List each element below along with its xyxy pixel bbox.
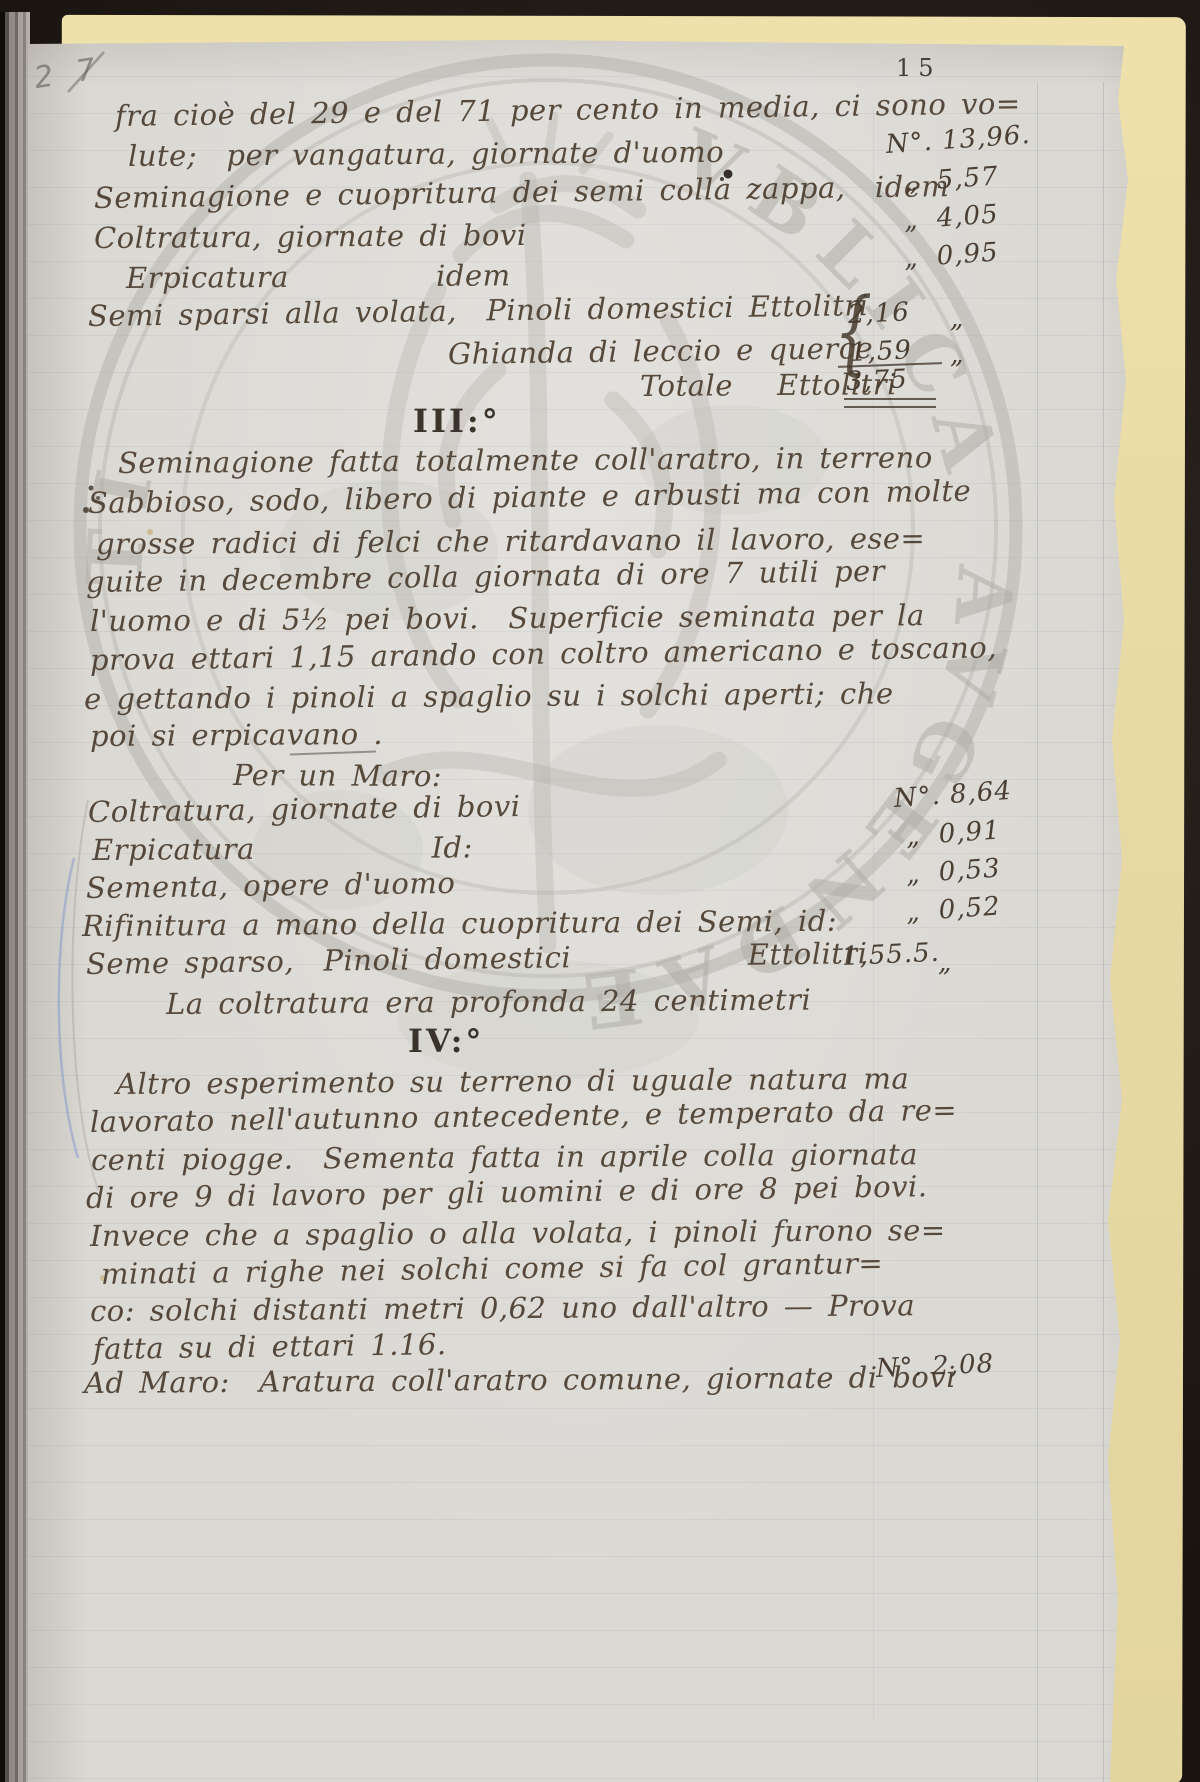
handwritten-line: fatta su di ettari 1.16.: [93, 1326, 447, 1367]
manuscript-scan: AVGENDAE TI VBLICAE: [0, 0, 1200, 1782]
ledger-value: 1,55.5.: [841, 938, 940, 973]
ledger-value: „ 0,52: [905, 891, 1002, 929]
handwritten-line: e gettando i pinoli a spaglio su i solch…: [84, 675, 894, 717]
manuscript-page: AVGENDAE TI VBLICAE: [28, 40, 1132, 1782]
book-gutter-page-stack: [0, 12, 30, 1782]
ledger-value: „ 4,05: [903, 199, 1000, 237]
section-heading-iii: III:°: [413, 404, 501, 439]
handwritten-line: Erpicatura idem: [126, 257, 511, 296]
ledger-value: „ 0,91: [905, 815, 1002, 853]
ledger-row-label: Ad Maro: Aratura coll'aratro comune, gio…: [84, 1359, 956, 1401]
total-value: 3,75: [845, 364, 908, 398]
ditto-mark: „: [950, 340, 964, 371]
handwritten-line: co: solchi distanti metri 0,62 uno dall'…: [90, 1287, 915, 1329]
ledger-value: „ 5,57: [903, 161, 1000, 199]
ditto-mark: „: [938, 948, 952, 979]
total-underline: [844, 398, 936, 400]
handwritten-line: Coltratura, giornate di bovi: [94, 217, 527, 256]
ledger-value: „ 0,53: [905, 853, 1002, 891]
ledger-value: „ 0,95: [903, 237, 1000, 275]
ledger-row-label: Coltratura, giornate di bovi: [88, 788, 521, 830]
page-number: 15: [896, 54, 941, 82]
ditto-mark: „: [950, 304, 964, 335]
ledger-row-label: Sementa, opere d'uomo: [86, 865, 456, 906]
ledger-value: N°. 2,08: [875, 1349, 994, 1385]
note-line: La coltratura era profonda 24 centimetri: [166, 981, 811, 1022]
ledger-row-label: Erpicatura Id:: [92, 829, 473, 868]
section-heading-iv: IV:°: [408, 1024, 484, 1059]
total-underline-second: [844, 406, 936, 408]
handwritten-line: lute; per vangatura, giornate d'uomo: [128, 134, 724, 174]
handwritten-line: poi si erpicavano .: [90, 716, 383, 754]
